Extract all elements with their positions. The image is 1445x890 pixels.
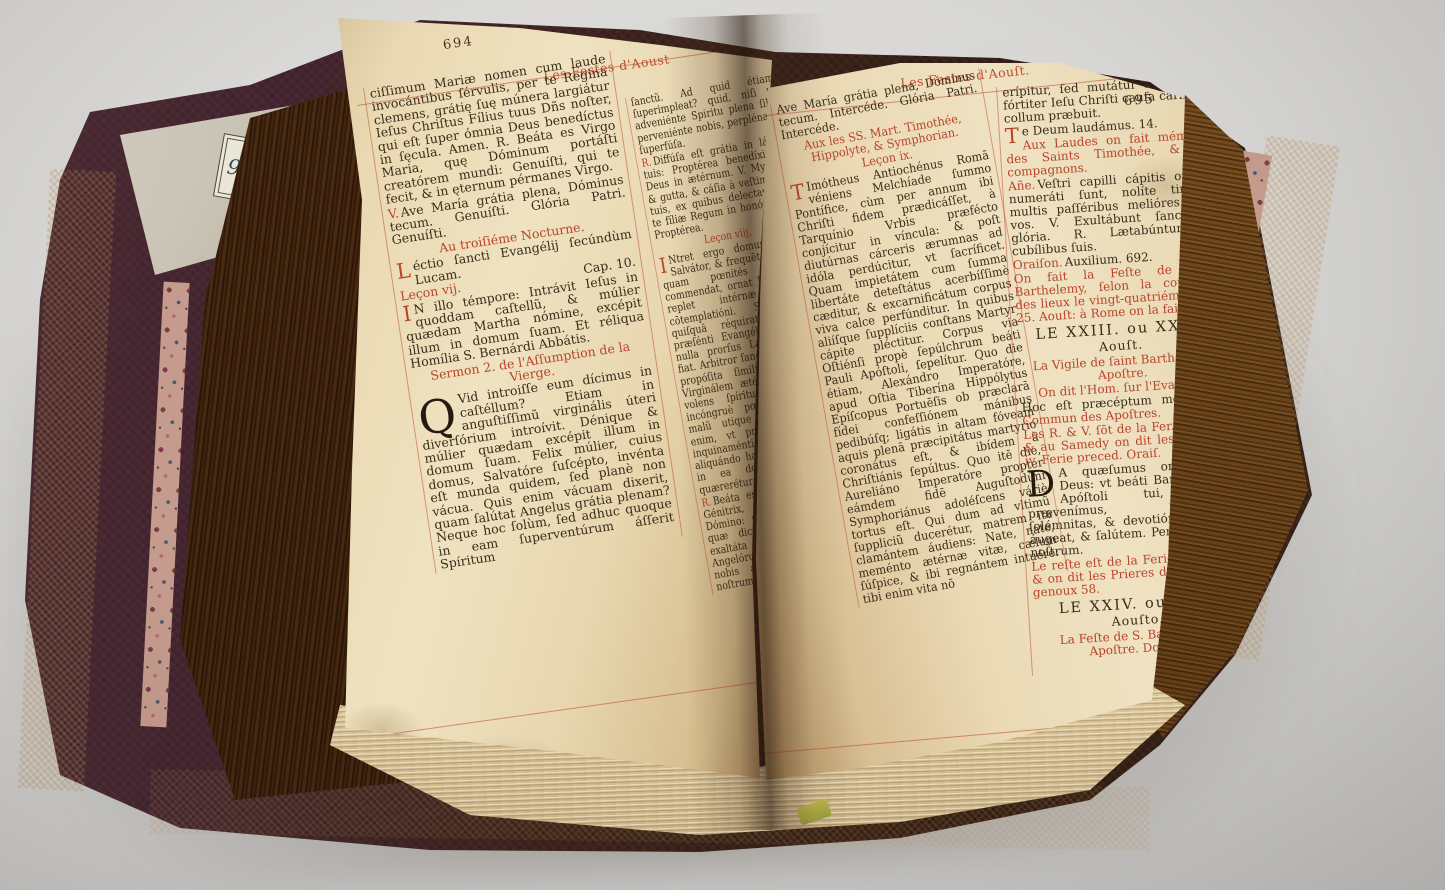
gutter-shadow <box>664 12 857 832</box>
photo-of-open-antique-book: 96 694 Les Festes d'Aoust ciſſimum Mariæ… <box>0 0 1445 890</box>
sermon-paragraph: QVid introiſſe eum dícimus in caſtéllum?… <box>416 364 677 572</box>
red-initial: T <box>1004 126 1022 146</box>
drop-cap-D: D <box>1025 467 1060 501</box>
page-number-left: 694 <box>442 34 475 53</box>
